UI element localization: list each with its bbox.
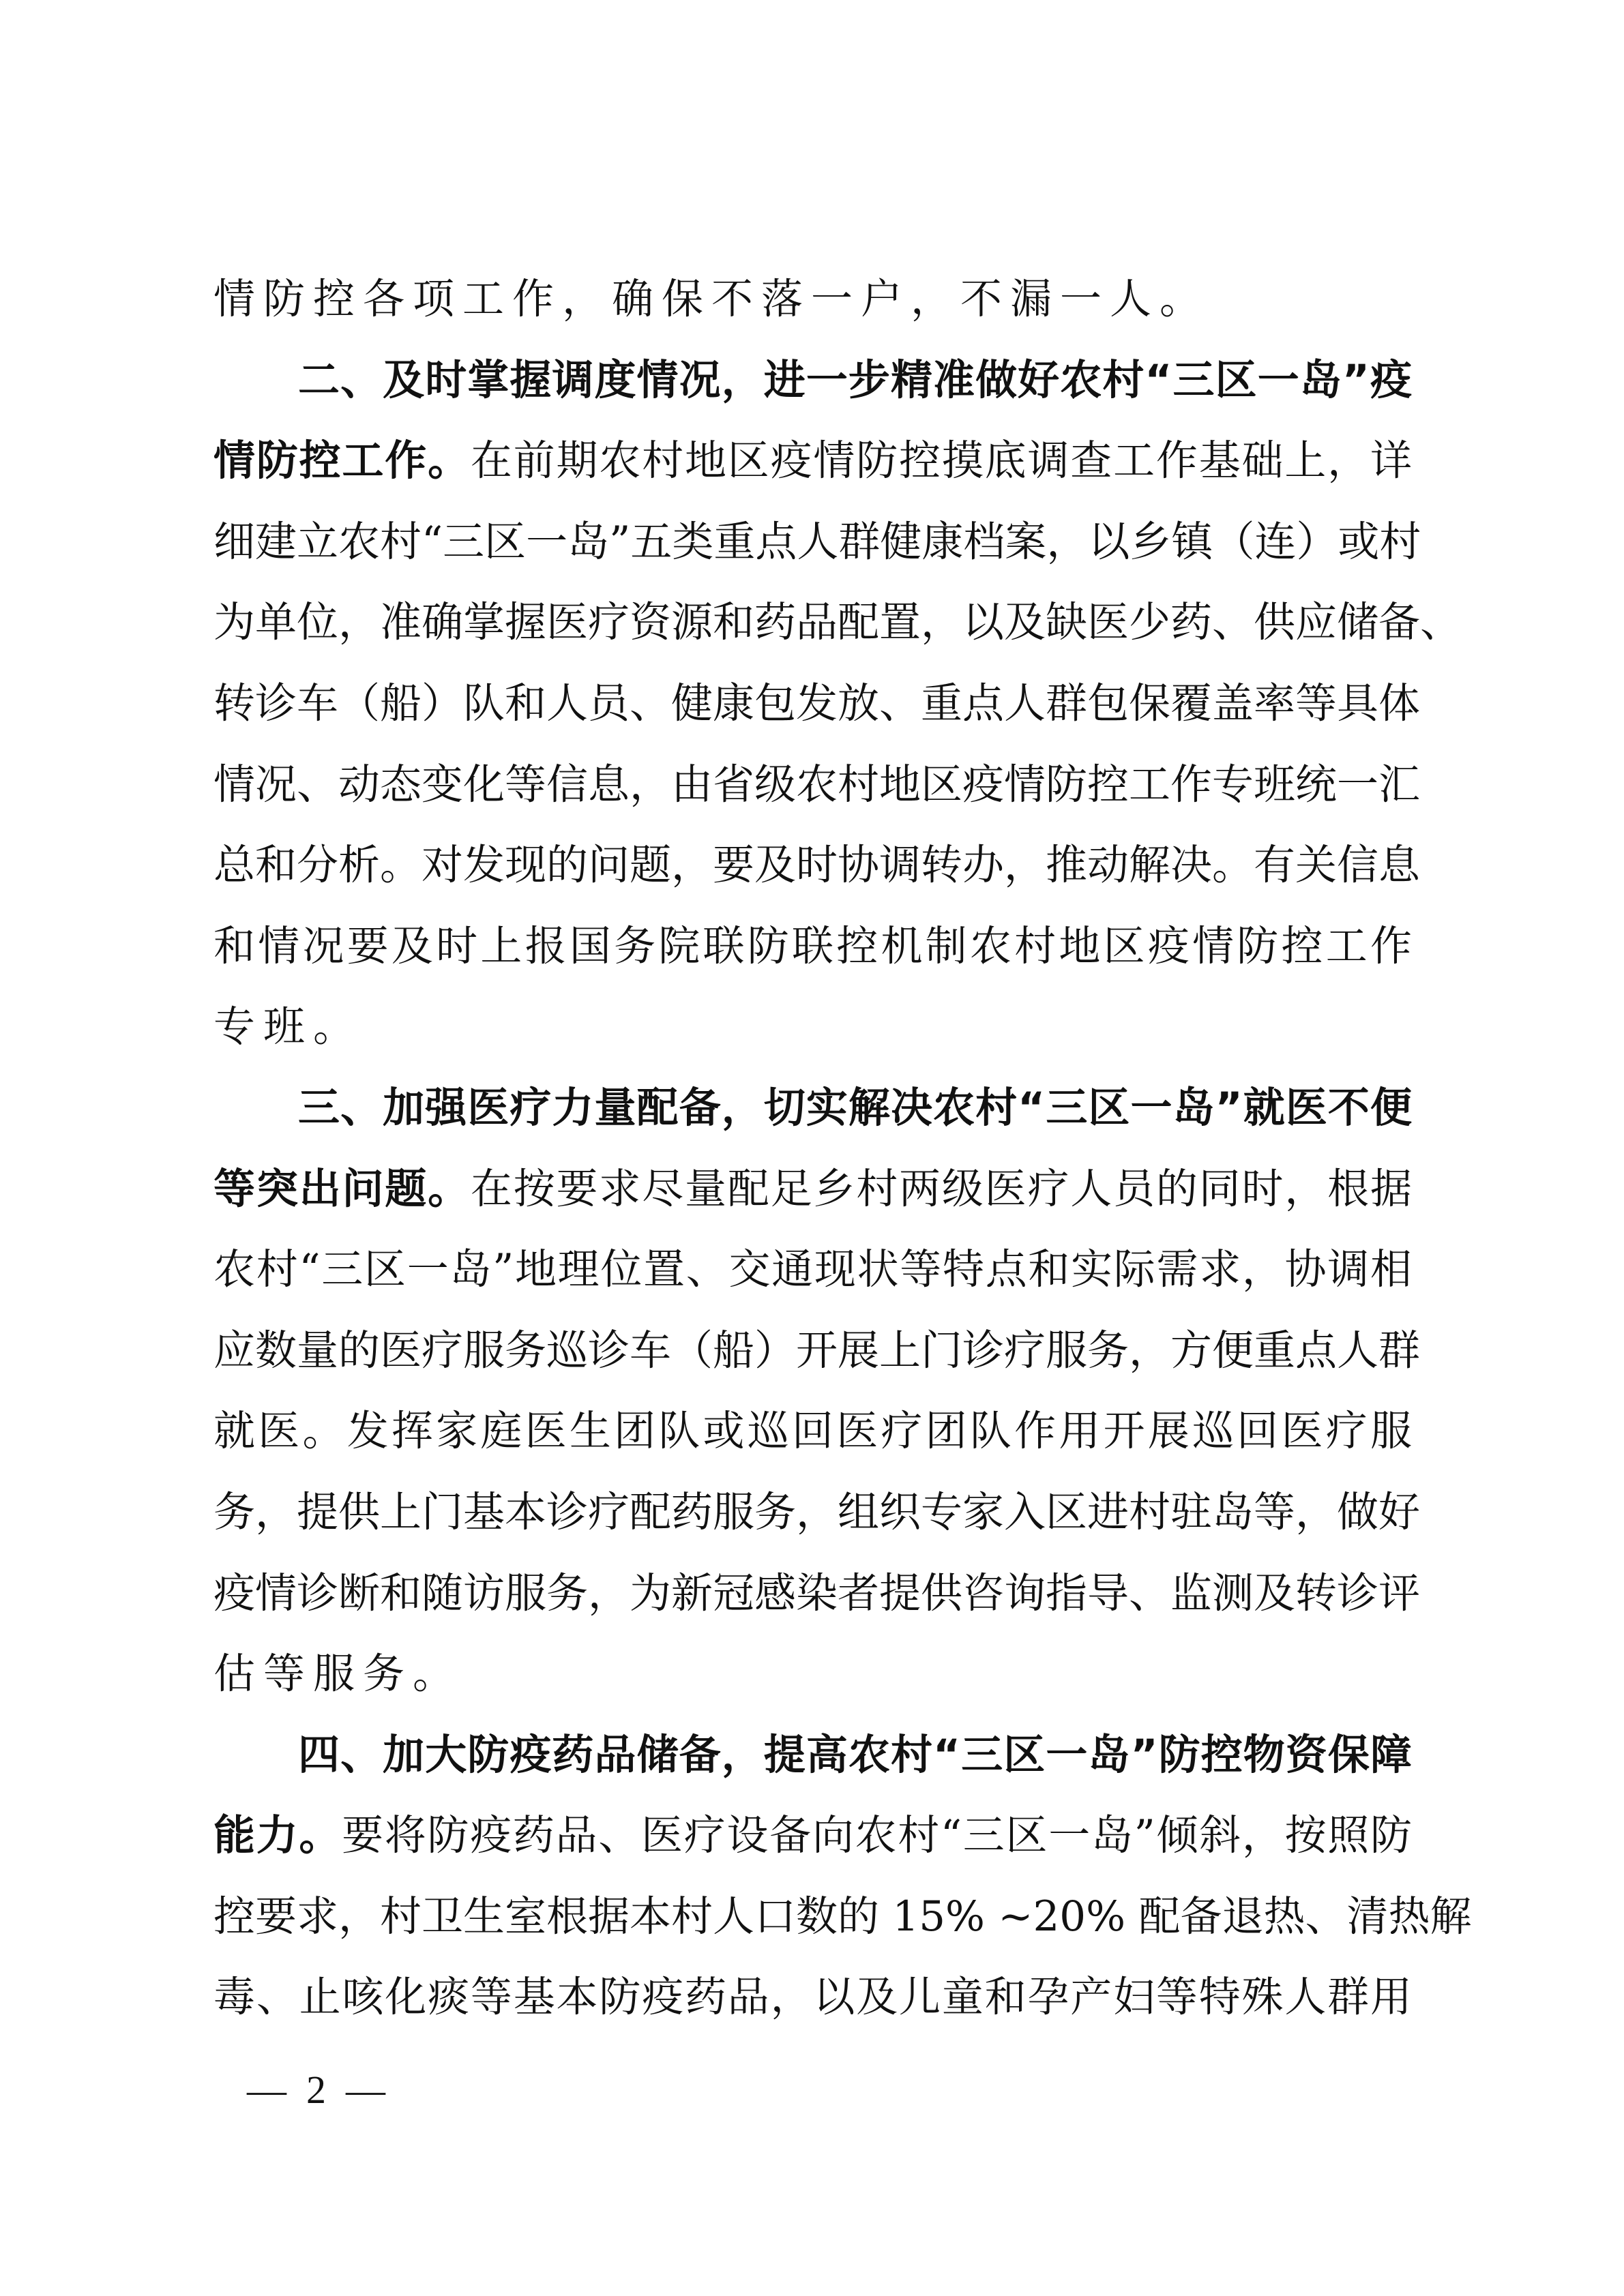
text-line: 控要求，村卫生室根据本村人口数的 15% ~20% 配备退热、清热解 <box>213 1877 1412 1958</box>
section-heading-line: 二、及时掌握调度情况，进一步精准做好农村“三区一岛”疫 <box>213 340 1412 421</box>
body-text-segment: 疫情诊断和随访服务，为新冠感染者提供咨询指导、监测及转诊评 <box>213 1569 1420 1617</box>
text-line: 细建立农村“三区一岛”五类重点人群健康档案，以乡镇（连）或村 <box>213 502 1412 583</box>
text-line: 估等服务。 <box>213 1634 1412 1715</box>
text-line: 务，提供上门基本诊疗配药服务，组织专家入区进村驻岛等，做好 <box>213 1472 1412 1553</box>
text-line: 和情况要及时上报国务院联防联控机制农村地区疫情防控工作 <box>213 906 1412 987</box>
body-text-segment: 专班。 <box>213 1002 363 1051</box>
body-text-segment: 细建立农村“三区一岛”五类重点人群健康档案，以乡镇（连）或村 <box>213 518 1421 566</box>
body-text-segment: 总和分析。对发现的问题，要及时协调转办，推动解决。有关信息 <box>213 841 1420 889</box>
text-line: 应数量的医疗服务巡诊车（船）开展上门诊疗服务，方便重点人群 <box>213 1311 1412 1392</box>
text-line: 情防控工作。在前期农村地区疫情防控摸底调查工作基础上，详 <box>213 421 1412 502</box>
body-text-segment: 估等服务。 <box>213 1650 462 1698</box>
section-heading-line: 三、加强医疗力量配备，切实解决农村“三区一岛”就医不便 <box>213 1068 1412 1149</box>
text-line: 总和分析。对发现的问题，要及时协调转办，推动解决。有关信息 <box>213 825 1412 906</box>
body-text-segment: 毒、止咳化痰等基本防疫药品，以及儿童和孕产妇等特殊人群用 <box>213 1973 1412 2021</box>
body-text-segment: 转诊车（船）队和人员、健康包发放、重点人群包保覆盖率等具体 <box>213 679 1420 728</box>
heading-text: 等突出问题。 <box>213 1165 471 1213</box>
heading-text: 三、加强医疗力量配备，切实解决农村“三区一岛”就医不便 <box>298 1084 1412 1132</box>
body-text-segment: 要将防疫药品、医疗设备向农村“三区一岛”倾斜，按照防 <box>342 1811 1412 1860</box>
heading-text: 二、及时掌握调度情况，进一步精准做好农村“三区一岛”疫 <box>298 356 1412 404</box>
text-line: 转诊车（船）队和人员、健康包发放、重点人群包保覆盖率等具体 <box>213 664 1412 745</box>
body-text: 情防控各项工作，确保不落一户，不漏一人。二、及时掌握调度情况，进一步精准做好农村… <box>213 259 1412 2038</box>
text-line: 就医。发挥家庭医生团队或巡回医疗团队作用开展巡回医疗服 <box>213 1391 1412 1472</box>
heading-text: 四、加大防疫药品储备，提高农村“三区一岛”防控物资保障 <box>298 1731 1412 1779</box>
body-text-segment: 农村“三区一岛”地理位置、交通现状等特点和实际需求，协调相 <box>213 1245 1412 1294</box>
body-text-segment: 在按要求尽量配足乡村两级医疗人员的同时，根据 <box>471 1165 1412 1213</box>
body-text-segment: 在前期农村地区疫情防控摸底调查工作基础上，详 <box>471 436 1412 485</box>
body-text-segment: 和情况要及时上报国务院联防联控机制农村地区疫情防控工作 <box>213 922 1412 970</box>
text-line: 能力。要将防疫药品、医疗设备向农村“三区一岛”倾斜，按照防 <box>213 1795 1412 1877</box>
body-text-segment: 应数量的医疗服务巡诊车（船）开展上门诊疗服务，方便重点人群 <box>213 1326 1420 1375</box>
section-heading-line: 四、加大防疫药品储备，提高农村“三区一岛”防控物资保障 <box>213 1715 1412 1796</box>
text-line: 毒、止咳化痰等基本防疫药品，以及儿童和孕产妇等特殊人群用 <box>213 1957 1412 2038</box>
text-line: 专班。 <box>213 987 1412 1068</box>
document-page: 情防控各项工作，确保不落一户，不漏一人。二、及时掌握调度情况，进一步精准做好农村… <box>0 0 1624 2296</box>
text-line: 情防控各项工作，确保不落一户，不漏一人。 <box>213 259 1412 340</box>
body-text-segment: 务，提供上门基本诊疗配药服务，组织专家入区进村驻岛等，做好 <box>213 1488 1420 1536</box>
text-line: 等突出问题。在按要求尽量配足乡村两级医疗人员的同时，根据 <box>213 1149 1412 1230</box>
heading-text: 能力。 <box>213 1811 342 1860</box>
body-text-segment: 情防控各项工作，确保不落一户，不漏一人。 <box>213 275 1209 323</box>
body-text-segment: 情况、动态变化等信息，由省级农村地区疫情防控工作专班统一汇 <box>213 760 1420 809</box>
heading-text: 情防控工作。 <box>213 436 471 485</box>
text-line: 情况、动态变化等信息，由省级农村地区疫情防控工作专班统一汇 <box>213 745 1412 826</box>
body-text-segment: 为单位，准确掌握医疗资源和药品配置，以及缺医少药、供应储备、 <box>213 598 1462 646</box>
text-line: 为单位，准确掌握医疗资源和药品配置，以及缺医少药、供应储备、 <box>213 582 1412 664</box>
text-line: 农村“三区一岛”地理位置、交通现状等特点和实际需求，协调相 <box>213 1229 1412 1311</box>
body-text-segment: 控要求，村卫生室根据本村人口数的 15% ~20% 配备退热、清热解 <box>213 1892 1471 1941</box>
text-line: 疫情诊断和随访服务，为新冠感染者提供咨询指导、监测及转诊评 <box>213 1553 1412 1635</box>
page-number: — 2 — <box>247 2070 385 2111</box>
body-text-segment: 就医。发挥家庭医生团队或巡回医疗团队作用开展巡回医疗服 <box>213 1407 1412 1455</box>
